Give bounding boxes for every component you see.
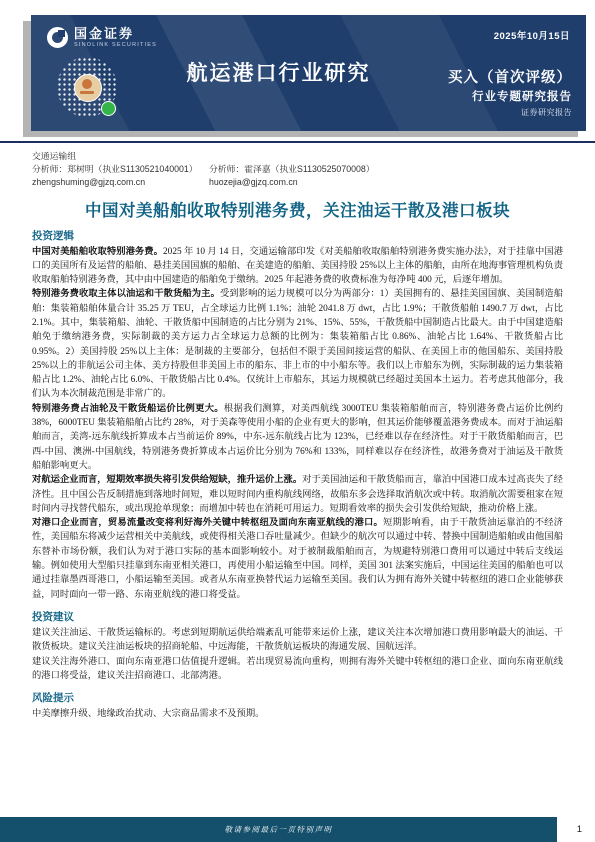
paragraph-lead: 对航运企业而言，短期效率损失将引发供给短缺，推升运价上涨。 <box>32 475 302 485</box>
paragraph-body: 建议关注油运、干散货运输标的。考虑到短期航运供给端紊乱可能带来运价上涨，建议关注… <box>32 628 563 652</box>
analyst-block: 分析师：郑树明（执业S1130521040001） zhengshuming@g… <box>32 163 563 189</box>
qr-center-seal <box>74 74 102 102</box>
analyst-1-title: 分析师：郑树明（执业S1130521040001） <box>32 163 209 176</box>
rating-badge: 买入（首次评级） <box>448 66 572 87</box>
paragraph-lead: 特别港务费收取主体以油运和干散货船为主。 <box>32 289 220 299</box>
qr-code <box>57 57 117 117</box>
section-heading-advice: 投资建议 <box>32 609 563 624</box>
logic-paragraph: 对航运企业而言，短期效率损失将引发供给短缺，推升运价上涨。对于美国油运和干散货船… <box>32 473 563 516</box>
logo-name-cn: 国金证券 <box>74 27 157 41</box>
footer-disclaimer: 敬请参阅最后一页特别声明 <box>225 824 333 835</box>
logic-paragraph: 特别港务费占油轮及干散货船运价比例更大。根据我们测算，对美西航线 3000TEU… <box>32 402 563 473</box>
report-body: 交通运输组 分析师：郑树明（执业S1130521040001） zhengshu… <box>32 149 563 721</box>
report-page: 国金证券 SINOLINK SECURITIES 航运港口行业研究 2025年1… <box>0 0 595 842</box>
paragraph-lead: 对港口企业而言，贸易流量改变将利好海外关键中转枢纽及面向东南亚航线的港口。 <box>32 518 383 528</box>
report-category: 证券研究报告 <box>521 107 572 118</box>
logic-paragraph: 特别港务费收取主体以油运和干散货船为主。受到影响的运力规模可以分为两部分：1）美… <box>32 287 563 401</box>
banner-title: 航运港口行业研究 <box>121 57 436 87</box>
logo-name-en: SINOLINK SECURITIES <box>74 42 157 48</box>
report-date: 2025年10月15日 <box>494 28 570 42</box>
section-heading-logic: 投资逻辑 <box>32 228 563 243</box>
paragraph-lead: 中国对美船舶收取特别港务费。 <box>32 247 163 257</box>
advice-paragraph: 建议关注油运、干散货运输标的。考虑到短期航运供给端紊乱可能带来运价上涨，建议关注… <box>32 626 563 655</box>
page-title: 中国对美船舶收取特别港务费，关注油运干散及港口板块 <box>32 197 563 221</box>
analyst-group: 交通运输组 <box>32 149 563 162</box>
analyst-2-title: 分析师：霍泽嘉（执业S1130525070008） <box>209 163 375 176</box>
logic-paragraph: 中国对美船舶收取特别港务费。2025 年 10 月 14 日，交通运输部印发《对… <box>32 245 563 288</box>
section-heading-risk: 风险提示 <box>32 690 563 705</box>
paragraph-body: 中美摩擦升级、地缘政治扰动、大宗商品需求不及预期。 <box>32 709 264 719</box>
sinolink-logo-icon <box>47 27 68 48</box>
analyst-1-email: zhengshuming@gjzq.com.cn <box>32 176 209 189</box>
header-banner: 国金证券 SINOLINK SECURITIES 航运港口行业研究 2025年1… <box>31 15 586 131</box>
paragraph-lead: 特别港务费占油轮及干散货船运价比例更大。 <box>32 404 224 414</box>
advice-paragraph: 建议关注海外港口、面向东南亚港口估值提升逻辑。若出现贸易流向重构，则拥有海外关键… <box>32 655 563 684</box>
risk-paragraph: 中美摩擦升级、地缘政治扰动、大宗商品需求不及预期。 <box>32 707 563 721</box>
analyst-2-email: huozejia@gjzq.com.cn <box>209 176 375 189</box>
page-number: 1 <box>577 824 582 835</box>
report-type: 行业专题研究报告 <box>472 88 572 104</box>
paragraph-body: 受到影响的运力规模可以分为两部分：1）美国拥有的、悬挂美国国旗、美国制造船舶：集… <box>32 289 563 399</box>
paragraph-body: 建议关注海外港口、面向东南亚港口估值提升逻辑。若出现贸易流向重构，则拥有海外关键… <box>32 657 563 681</box>
logo-text: 国金证券 SINOLINK SECURITIES <box>74 27 157 47</box>
paragraph-body: 短期影响看，由于干散货油运靠泊的不经济性，美国船东将减少运营相关中美航线，或使得… <box>32 518 563 599</box>
wechat-icon <box>101 101 116 116</box>
analyst-2: 分析师：霍泽嘉（执业S1130525070008） huozejia@gjzq.… <box>209 163 375 189</box>
sinolink-logo: 国金证券 SINOLINK SECURITIES <box>47 27 157 48</box>
header-divider <box>0 141 595 143</box>
logic-paragraph: 对港口企业而言，贸易流量改变将利好海外关键中转枢纽及面向东南亚航线的港口。短期影… <box>32 516 563 602</box>
footer-disclaimer-bar: 敬请参阅最后一页特别声明 <box>0 817 557 842</box>
analyst-1: 分析师：郑树明（执业S1130521040001） zhengshuming@g… <box>32 163 209 189</box>
